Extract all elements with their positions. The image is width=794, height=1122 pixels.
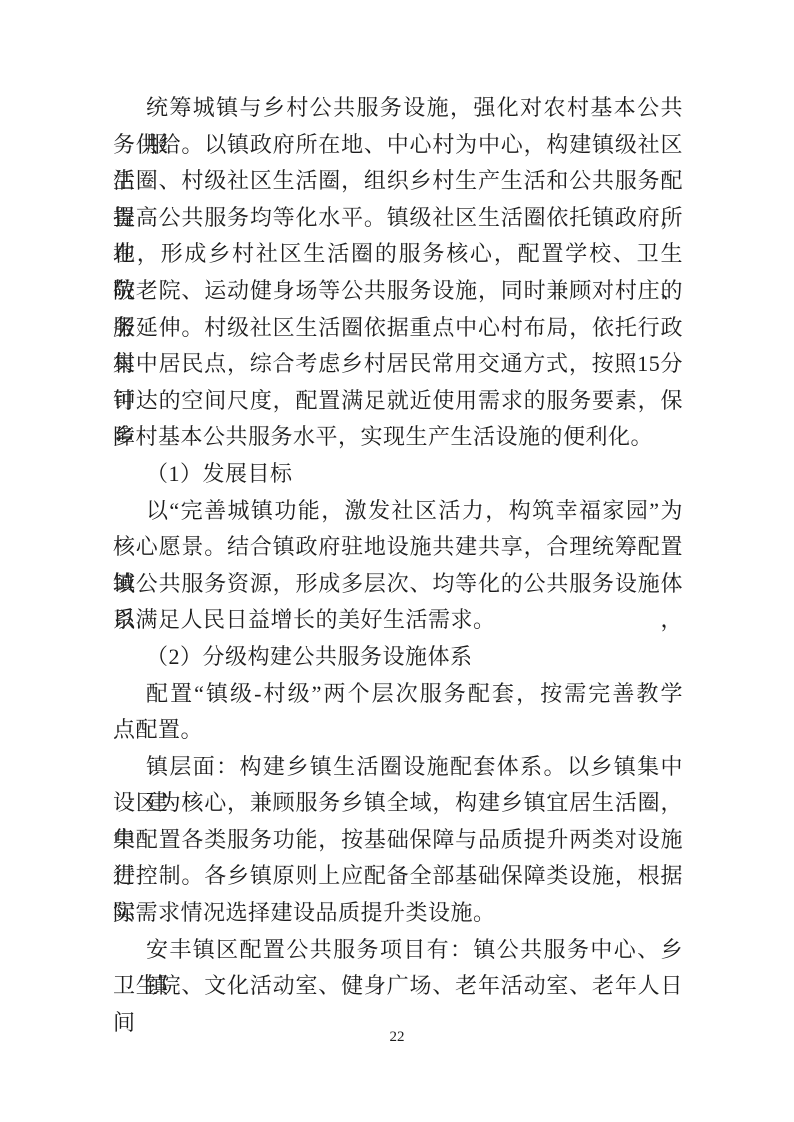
text-line: 乡村基本公共服务水平，实现生产生活设施的便利化。 bbox=[113, 419, 683, 456]
text-line: 配置“镇级-村级”两个层次服务配套，按需完善教学 bbox=[113, 676, 683, 713]
document-body: 统筹城镇与乡村公共服务设施，强化对农村基本公共服 务供给。以镇政府所在地、中心村… bbox=[113, 90, 683, 1005]
paragraph: 以“完善城镇功能，激发社区活力，构筑幸福家园”为 核心愿景。结合镇政府驻地设施共… bbox=[113, 493, 683, 639]
text-line: 地，形成乡村社区生活圈的服务核心，配置学校、卫生院、 bbox=[113, 236, 683, 273]
text-line: 卫生院、文化活动室、健身广场、老年活动室、老年人日间 bbox=[113, 968, 683, 1005]
paragraph: 统筹城镇与乡村公共服务设施，强化对农村基本公共服 务供给。以镇政府所在地、中心村… bbox=[113, 90, 683, 456]
paragraph: （2）分级构建公共服务设施体系 bbox=[113, 639, 683, 676]
text-line: 以“完善城镇功能，激发社区活力，构筑幸福家园”为 bbox=[113, 493, 683, 530]
document-page: 统筹城镇与乡村公共服务设施，强化对农村基本公共服 务供给。以镇政府所在地、中心村… bbox=[0, 0, 794, 1122]
heading-line: （2）分级构建公共服务设施体系 bbox=[113, 639, 683, 676]
paragraph: 安丰镇区配置公共服务项目有：镇公共服务中心、乡镇 卫生院、文化活动室、健身广场、… bbox=[113, 932, 683, 1005]
text-line: 设区为核心，兼顾服务乡镇全域，构建乡镇宜居生活圈，集 bbox=[113, 785, 683, 822]
paragraph: 镇层面：构建乡镇生活圈设施配套体系。以乡镇集中建 设区为核心，兼顾服务乡镇全域，… bbox=[113, 749, 683, 932]
heading-line: （1）发展目标 bbox=[113, 456, 683, 493]
paragraph: （1）发展目标 bbox=[113, 456, 683, 493]
text-line: 安丰镇区配置公共服务项目有：镇公共服务中心、乡镇 bbox=[113, 932, 683, 969]
text-line: 核心愿景。结合镇政府驻地设施共建共享，合理统筹配置镇 bbox=[113, 529, 683, 566]
text-line: 活圈、村级社区生活圈，组织乡村生产生活和公共服务配置， bbox=[113, 163, 683, 200]
text-line: 务供给。以镇政府所在地、中心村为中心，构建镇级社区生 bbox=[113, 127, 683, 164]
page-number: 22 bbox=[0, 1026, 794, 1048]
text-line: 镇层面：构建乡镇生活圈设施配套体系。以乡镇集中建 bbox=[113, 749, 683, 786]
text-line: 可达的空间尺度，配置满足就近使用需求的服务要素，保障 bbox=[113, 383, 683, 420]
text-line: 统筹城镇与乡村公共服务设施，强化对农村基本公共服 bbox=[113, 90, 683, 127]
text-line: 点配置。 bbox=[113, 712, 683, 749]
text-line: 集中居民点，综合考虑乡村居民常用交通方式，按照15分钟 bbox=[113, 346, 683, 383]
text-line: 提高公共服务均等化水平。镇级社区生活圈依托镇政府所在 bbox=[113, 200, 683, 237]
text-line: 域公共服务资源，形成多层次、均等化的公共服务设施体系， bbox=[113, 566, 683, 603]
text-line: 敬老院、运动健身场等公共服务设施，同时兼顾对村庄的服 bbox=[113, 273, 683, 310]
text-line: 行控制。各乡镇原则上应配备全部基础保障类设施，根据实 bbox=[113, 858, 683, 895]
text-line: 务延伸。村级社区生活圈依据重点中心村布局，依托行政村 bbox=[113, 310, 683, 347]
text-line: 际需求情况选择建设品质提升类设施。 bbox=[113, 895, 683, 932]
text-line: 中配置各类服务功能，按基础保障与品质提升两类对设施进 bbox=[113, 822, 683, 859]
paragraph: 配置“镇级-村级”两个层次服务配套，按需完善教学 点配置。 bbox=[113, 676, 683, 749]
